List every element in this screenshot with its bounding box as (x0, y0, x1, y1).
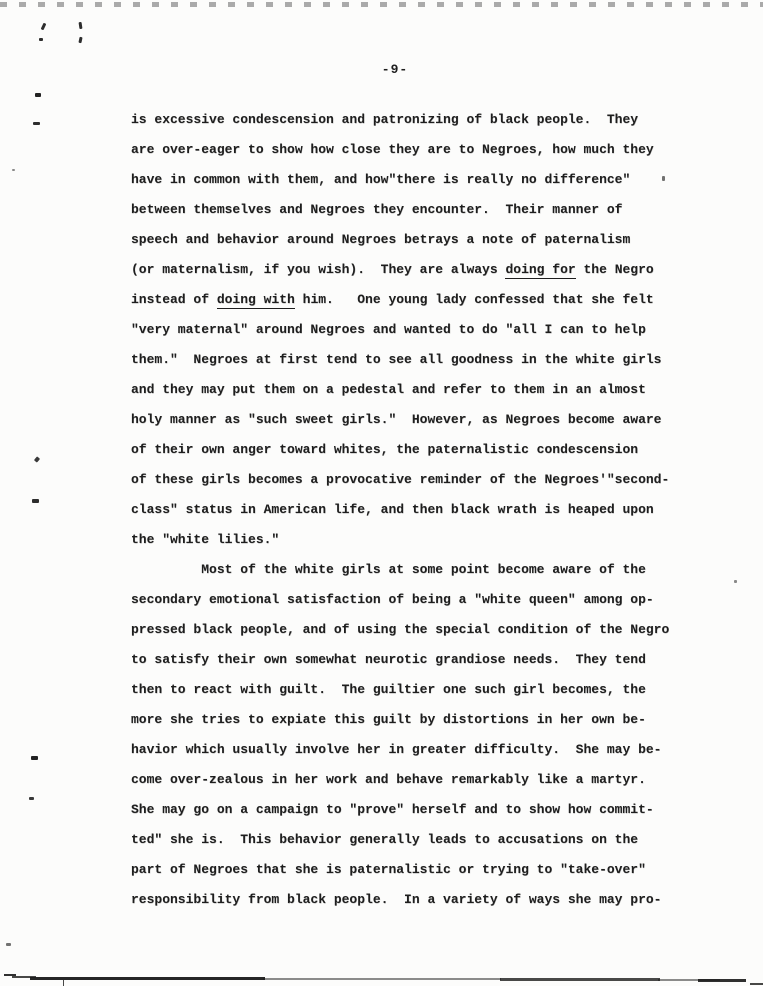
text-segment: responsibility from black people. In a v… (131, 892, 662, 907)
text-segment: ted" she is. This behavior generally lea… (131, 832, 638, 847)
text-segment: are over-eager to show how close they ar… (131, 142, 654, 157)
text-line: pressed black people, and of using the s… (131, 615, 691, 645)
text-line: class" status in American life, and then… (131, 495, 691, 525)
text-segment: more she tries to expiate this guilt by … (131, 712, 646, 727)
scan-line-segment (30, 977, 265, 980)
text-line: are over-eager to show how close they ar… (131, 135, 691, 165)
text-line: holy manner as "such sweet girls." Howev… (131, 405, 691, 435)
ink-speck (33, 122, 40, 125)
text-segment: Most of the white girls at some point be… (131, 562, 646, 577)
text-segment: secondary emotional satisfaction of bein… (131, 592, 654, 607)
text-segment: (or maternalism, if you wish). They are … (131, 262, 505, 277)
text-segment: "very maternal" around Negroes and wante… (131, 322, 646, 337)
text-segment: come over-zealous in her work and behave… (131, 772, 646, 787)
ink-speck (41, 23, 47, 31)
text-line: responsibility from black people. In a v… (131, 885, 691, 915)
scan-line-segment (698, 979, 746, 982)
text-segment: them." Negroes at first tend to see all … (131, 352, 662, 367)
text-segment: of their own anger toward whites, the pa… (131, 442, 638, 457)
page-number: -9- (330, 62, 460, 77)
text-segment: the Negro (576, 262, 654, 277)
scan-line-segment (63, 980, 64, 986)
text-segment: the "white lilies." (131, 532, 279, 547)
text-segment: have in common with them, and how"there … (131, 172, 630, 187)
underlined-text: doing for (505, 262, 575, 279)
ink-speck (31, 756, 38, 760)
text-line: of their own anger toward whites, the pa… (131, 435, 691, 465)
text-line: havior which usually involve her in grea… (131, 735, 691, 765)
text-line: between themselves and Negroes they enco… (131, 195, 691, 225)
text-segment: instead of (131, 292, 217, 307)
text-line: secondary emotional satisfaction of bein… (131, 585, 691, 615)
text-segment: and they may put them on a pedestal and … (131, 382, 646, 397)
scan-line-segment (500, 978, 660, 981)
text-line: ted" she is. This behavior generally lea… (131, 825, 691, 855)
ink-speck (29, 797, 34, 800)
ink-speck (32, 499, 39, 503)
text-segment: of these girls becomes a provocative rem… (131, 472, 669, 487)
text-line: come over-zealous in her work and behave… (131, 765, 691, 795)
scan-line-segment (750, 983, 763, 985)
text-line: the "white lilies." (131, 525, 691, 555)
text-line: to satisfy their own somewhat neurotic g… (131, 645, 691, 675)
text-segment: him. One young lady confessed that she f… (295, 292, 654, 307)
ink-speck (39, 38, 43, 41)
text-line: instead of doing with him. One young lad… (131, 285, 691, 315)
text-line: She may go on a campaign to "prove" hers… (131, 795, 691, 825)
ink-speck (34, 456, 40, 462)
text-segment: She may go on a campaign to "prove" hers… (131, 802, 654, 817)
ink-speck (662, 176, 665, 181)
text-segment: is excessive condescension and patronizi… (131, 112, 638, 127)
text-line: then to react with guilt. The guiltier o… (131, 675, 691, 705)
text-segment: to satisfy their own somewhat neurotic g… (131, 652, 646, 667)
text-line: "very maternal" around Negroes and wante… (131, 315, 691, 345)
ink-speck (78, 37, 82, 43)
text-line: part of Negroes that she is paternalisti… (131, 855, 691, 885)
text-line: of these girls becomes a provocative rem… (131, 465, 691, 495)
text-segment: then to react with guilt. The guiltier o… (131, 682, 646, 697)
text-segment: pressed black people, and of using the s… (131, 622, 669, 637)
ink-speck (734, 580, 737, 583)
text-segment: class" status in American life, and then… (131, 502, 654, 517)
paragraph: Most of the white girls at some point be… (131, 555, 691, 915)
scan-top-edge-dashes (0, 2, 763, 7)
text-segment: part of Negroes that she is paternalisti… (131, 862, 646, 877)
paragraph: is excessive condescension and patronizi… (131, 105, 691, 555)
text-line: have in common with them, and how"there … (131, 165, 691, 195)
document-text: is excessive condescension and patronizi… (131, 105, 691, 915)
text-segment: holy manner as "such sweet girls." Howev… (131, 412, 662, 427)
text-line: and they may put them on a pedestal and … (131, 375, 691, 405)
text-line: more she tries to expiate this guilt by … (131, 705, 691, 735)
text-line: is excessive condescension and patronizi… (131, 105, 691, 135)
ink-speck (6, 943, 11, 946)
underlined-text: doing with (217, 292, 295, 309)
text-line: Most of the white girls at some point be… (131, 555, 691, 585)
ink-speck (79, 22, 83, 29)
document-page: -9- is excessive condescension and patro… (0, 0, 763, 986)
text-line: speech and behavior around Negroes betra… (131, 225, 691, 255)
scan-line-segment (263, 978, 501, 980)
text-line: (or maternalism, if you wish). They are … (131, 255, 691, 285)
text-segment: havior which usually involve her in grea… (131, 742, 662, 757)
text-line: them." Negroes at first tend to see all … (131, 345, 691, 375)
text-segment: speech and behavior around Negroes betra… (131, 232, 630, 247)
ink-speck (12, 169, 15, 171)
ink-speck (35, 93, 41, 97)
text-segment: between themselves and Negroes they enco… (131, 202, 622, 217)
